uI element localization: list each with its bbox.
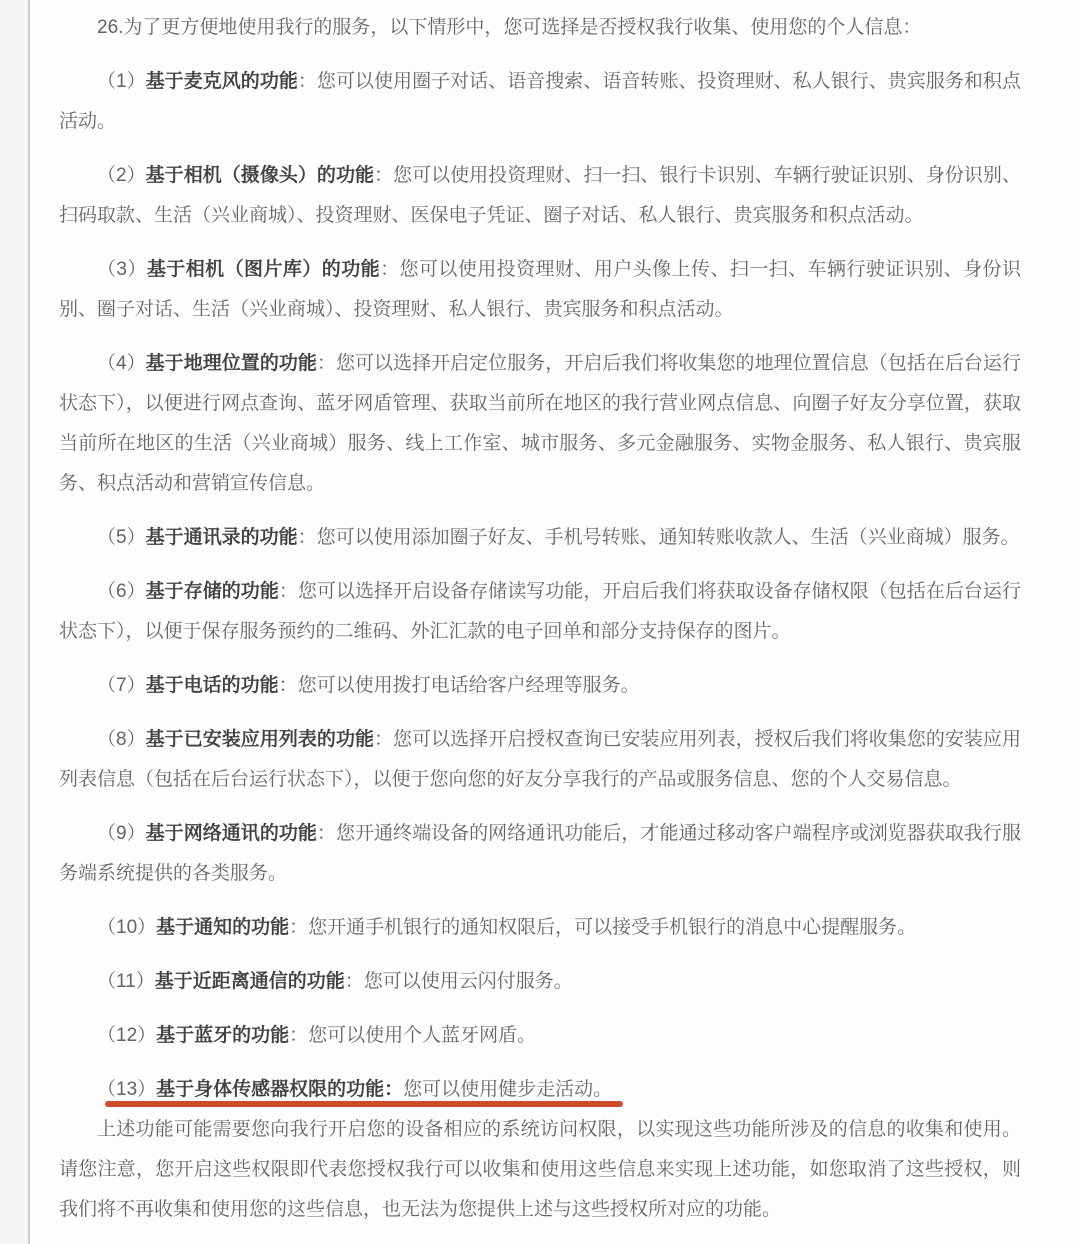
permission-item-3: （3）基于相机（图片库）的功能：您可以使用投资理财、用户头像上传、扫一扫、车辆行…	[59, 250, 1021, 330]
intro-text: 26.为了更方便地使用我行的服务，以下情形中，您可选择是否授权我行收集、使用您的…	[97, 17, 921, 38]
item-number: （12）	[97, 1025, 156, 1046]
item-colon: ：	[380, 259, 399, 280]
closing-text: 上述功能可能需要您向我行开启您的设备相应的系统访问权限，以实现这些功能所涉及的信…	[59, 1119, 1021, 1220]
item-colon: ：	[298, 71, 317, 92]
item-text: 您可以选择开启定位服务，开启后我们将收集您的地理位置信息（包括在后台运行状态下）…	[59, 353, 1021, 494]
item-label: 基于近距离通信的功能	[155, 971, 345, 992]
item-label: 基于相机（图片库）的功能	[147, 259, 380, 280]
item-text: 您可以使用个人蓝牙网盾。	[308, 1025, 536, 1046]
item-text: 您可以使用拨打电话给客户经理等服务。	[298, 675, 640, 696]
item-colon: ：	[345, 971, 364, 992]
item-text: 您可以使用健步走活动。	[403, 1079, 612, 1100]
item-label: 基于已安装应用列表的功能	[146, 729, 374, 750]
permission-item-1: （1）基于麦克风的功能：您可以使用圈子对话、语音搜索、语音转账、投资理财、私人银…	[59, 62, 1021, 142]
closing-paragraph: 上述功能可能需要您向我行开启您的设备相应的系统访问权限，以实现这些功能所涉及的信…	[59, 1110, 1021, 1230]
item-colon: ：	[279, 581, 298, 602]
item-label: 基于蓝牙的功能	[156, 1025, 289, 1046]
item-label: 基于网络通讯的功能	[146, 823, 317, 844]
item-text: 您可以使用添加圈子好友、手机号转账、通知转账收款人、生活（兴业商城）服务。	[317, 527, 1020, 548]
permission-item-12: （12）基于蓝牙的功能：您可以使用个人蓝牙网盾。	[59, 1016, 1021, 1056]
item-label: 基于通知的功能	[156, 917, 289, 938]
item-number: （7）	[97, 675, 146, 696]
highlight-underline	[105, 1101, 623, 1107]
item-label: 基于相机（摄像头）的功能	[146, 165, 374, 186]
item-number: （9）	[97, 823, 146, 844]
item-label: 基于麦克风的功能	[146, 71, 298, 92]
permission-item-9: （9）基于网络通讯的功能：您开通终端设备的网络通讯功能后，才能通过移动客户端程序…	[59, 814, 1021, 894]
item-colon: ：	[317, 353, 336, 374]
permission-item-4: （4）基于地理位置的功能：您可以选择开启定位服务，开启后我们将收集您的地理位置信…	[59, 344, 1021, 504]
permission-item-11: （11）基于近距离通信的功能：您可以使用云闪付服务。	[59, 962, 1021, 1002]
item-number: （13）	[97, 1079, 156, 1100]
item-colon: ：	[289, 1025, 308, 1046]
item-number: （10）	[97, 917, 156, 938]
item-number: （1）	[97, 71, 146, 92]
item-label: 基于通讯录的功能	[146, 527, 298, 548]
item-number: （5）	[97, 527, 146, 548]
permission-item-13: （13）基于身体传感器权限的功能：您可以使用健步走活动。	[59, 1070, 1021, 1110]
permission-item-7: （7）基于电话的功能：您可以使用拨打电话给客户经理等服务。	[59, 666, 1021, 706]
item-colon: ：	[374, 165, 393, 186]
item-colon: ：	[289, 917, 308, 938]
permission-item-6: （6）基于存储的功能：您可以选择开启设备存储读写功能，开启后我们将获取设备存储权…	[59, 572, 1021, 652]
intro-paragraph: 26.为了更方便地使用我行的服务，以下情形中，您可选择是否授权我行收集、使用您的…	[59, 8, 1021, 48]
item-label: 基于电话的功能	[146, 675, 279, 696]
item-colon: ：	[298, 527, 317, 548]
permission-item-2: （2）基于相机（摄像头）的功能：您可以使用投资理财、扫一扫、银行卡识别、车辆行驶…	[59, 156, 1021, 236]
permission-item-10: （10）基于通知的功能：您开通手机银行的通知权限后，可以接受手机银行的消息中心提…	[59, 908, 1021, 948]
permission-item-5: （5）基于通讯录的功能：您可以使用添加圈子好友、手机号转账、通知转账收款人、生活…	[59, 518, 1021, 558]
item-number: （4）	[97, 353, 146, 374]
item-number: （11）	[97, 971, 155, 992]
item-number: （6）	[97, 581, 146, 602]
item-label: 基于地理位置的功能	[146, 353, 317, 374]
item-number: （8）	[97, 729, 146, 750]
item-number: （2）	[97, 165, 146, 186]
document-content: 26.为了更方便地使用我行的服务，以下情形中，您可选择是否授权我行收集、使用您的…	[0, 0, 1080, 1230]
item-label: 基于存储的功能	[146, 581, 279, 602]
item-text: 您开通手机银行的通知权限后，可以接受手机银行的消息中心提醒服务。	[308, 917, 916, 938]
item-colon: ：	[279, 675, 298, 696]
permission-item-8: （8）基于已安装应用列表的功能：您可以选择开启授权查询已安装应用列表，授权后我们…	[59, 720, 1021, 800]
item-colon: ：	[374, 729, 393, 750]
item-text: 您可以使用云闪付服务。	[364, 971, 573, 992]
item-colon: ：	[317, 823, 336, 844]
permission-list: （1）基于麦克风的功能：您可以使用圈子对话、语音搜索、语音转账、投资理财、私人银…	[59, 62, 1021, 1110]
item-label: 基于身体传感器权限的功能：	[156, 1079, 403, 1100]
item-number: （3）	[97, 259, 147, 280]
